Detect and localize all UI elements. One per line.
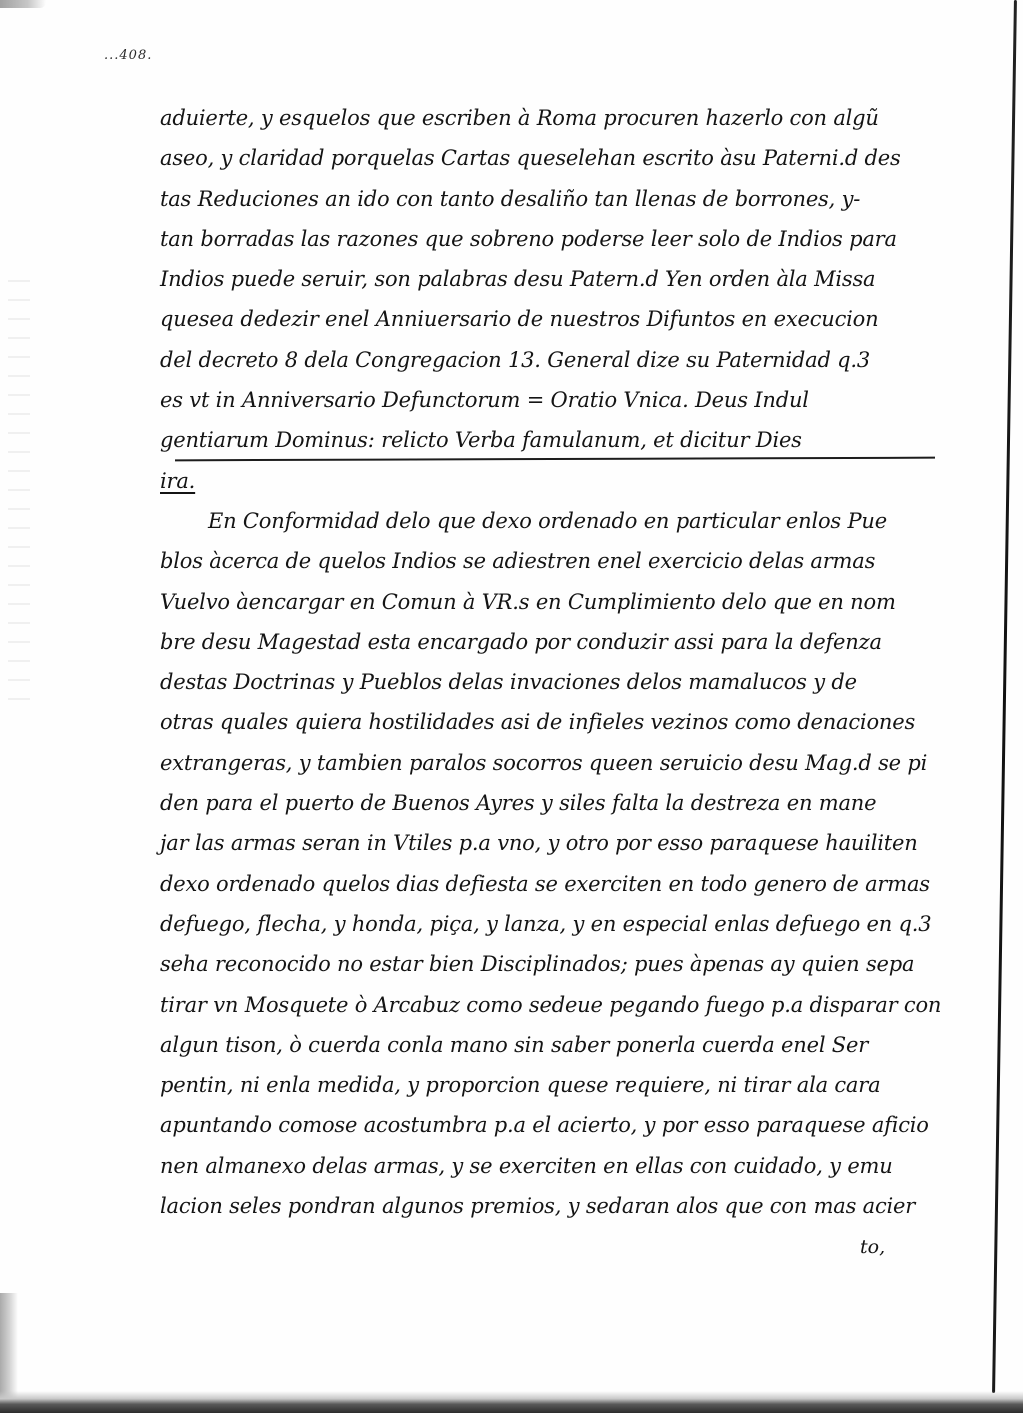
catchword: to, [860, 1236, 885, 1258]
text-line: aseo, y claridad porquelas Cartas quesel… [160, 138, 950, 178]
folio-number: ...408. [104, 48, 152, 63]
text-line: algun tison, ò cuerda conla mano sin sab… [160, 1025, 950, 1065]
corner-stain [0, 0, 46, 8]
text-line: blos àcerca de quelos Indios se adiestre… [160, 541, 950, 581]
text-line: den para el puerto de Buenos Ayres y sil… [160, 783, 950, 823]
text-line: tas Reduciones an ido con tanto desaliño… [160, 179, 950, 219]
text-line: bre desu Magestad esta encargado por con… [160, 622, 950, 662]
text-line: extrangeras, y tambien paralos socorros … [160, 743, 950, 783]
text-line-latin-end: ira. [160, 461, 950, 501]
text-line: tirar vn Mosquete ò Arcabuz como sedeue … [160, 985, 950, 1025]
text-line: del decreto 8 dela Congregacion 13. Gene… [160, 340, 950, 380]
text-line: apuntando comose acostumbra p.a el acier… [160, 1105, 950, 1145]
text-line: destas Doctrinas y Pueblos delas invacio… [160, 662, 950, 702]
text-line-latin: gentiarum Dominus: relicto Verba famulan… [160, 420, 950, 460]
text-line: nen almanexo delas armas, y se exerciten… [160, 1146, 950, 1186]
text-line-latin: es vt in Anniversario Defunctorum = Orat… [160, 380, 950, 420]
right-margin-rule [992, 0, 1017, 1393]
text-line: jar las armas seran in Vtiles p.a vno, y… [160, 823, 950, 863]
page-bottom-edge-shadow [0, 1391, 1023, 1413]
manuscript-page: ...408. aduierte, y esquelos que escribe… [0, 0, 1023, 1413]
text-line: aduierte, y esquelos que escriben à Roma… [160, 98, 950, 138]
text-line: tan borradas las razones que sobreno pod… [160, 219, 950, 259]
manuscript-text: aduierte, y esquelos que escriben à Roma… [160, 98, 950, 1226]
text-line: otras quales quiera hostilidades asi de … [160, 702, 950, 742]
margin-specks [8, 280, 30, 700]
text-line: dexo ordenado quelos dias defiesta se ex… [160, 864, 950, 904]
paragraph-start-line: En Conformidad delo que dexo ordenado en… [160, 501, 950, 541]
text-line: seha reconocido no estar bien Disciplina… [160, 944, 950, 984]
text-line: pentin, ni enla medida, y proporcion que… [160, 1065, 950, 1105]
text-line: defuego, flecha, y honda, piça, y lanza,… [160, 904, 950, 944]
text-line: Indios puede seruir, son palabras desu P… [160, 259, 950, 299]
text-line: lacion seles pondran algunos premios, y … [160, 1186, 950, 1226]
text-line: quesea dedezir enel Anniuersario de nues… [160, 299, 950, 339]
text-line: Vuelvo àencargar en Comun à VR.s en Cump… [160, 582, 950, 622]
